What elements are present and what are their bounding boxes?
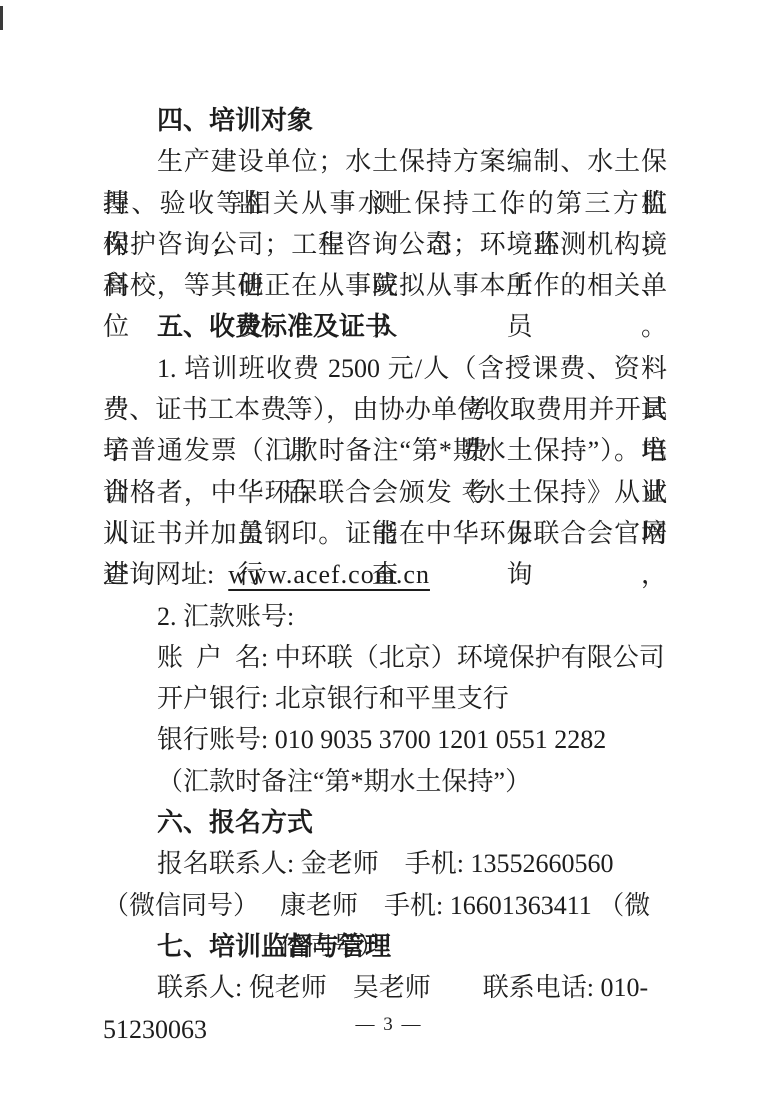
paragraph-line: 高校，等其他正在从事或拟从事本工作的相关单位及人员。 (103, 265, 667, 306)
paragraph-line: 理、验收等相关从事水土保持工作的第三方机构；生态环境 (103, 183, 667, 224)
section-heading-training-target: 四、培训对象 (103, 100, 667, 141)
fee-paragraph-line: 子普通发票（汇款时备注“第*期水土保持”）。培训后考试 (103, 430, 667, 471)
query-url-label: 查询网址: (103, 560, 214, 589)
remittance-account-heading: 2. 汇款账号: (103, 596, 667, 637)
paragraph-line: 生产建设单位；水土保持方案编制、水土保持监测、监 (103, 141, 667, 182)
acef-website-link[interactable]: www.acef.com.cn (228, 560, 430, 589)
bank-name-line: 开户银行: 北京银行和平里支行 (103, 678, 667, 719)
fee-paragraph-line: 训证书并加盖钢印。证书在中华环保联合会官网进行查询， (103, 513, 667, 554)
fee-paragraph-line: 合格者，中华环保联合会颁发《水土保持》从业人员能力培 (103, 472, 667, 513)
remittance-remark-line: （汇款时备注“第*期水土保持”） (103, 761, 667, 802)
paragraph-line: 保护咨询公司；工程咨询公司；环境监测机构；科研院所、 (103, 224, 667, 265)
fee-paragraph-line: 费、证书工本费等），由协办单位收取费用并开具培训费电 (103, 389, 667, 430)
section-heading-registration: 六、报名方式 (103, 802, 667, 843)
document-page: 四、培训对象 生产建设单位；水土保持方案编制、水土保持监测、监 理、验收等相关从… (0, 0, 778, 1100)
document-body: 四、培训对象 生产建设单位；水土保持方案编制、水土保持监测、监 理、验收等相关从… (103, 100, 667, 1009)
scan-edge-artifact (0, 6, 3, 30)
bank-account-number-line: 银行账号: 010 9035 3700 1201 0551 2282 (103, 719, 667, 760)
page-number: — 3 — (0, 1014, 778, 1036)
supervision-contact-line: 联系人: 倪老师 吴老师 联系电话: 010-51230063 (103, 967, 667, 1008)
account-name-line: 账 户 名: 中环联（北京）环境保护有限公司 (103, 637, 667, 678)
fee-paragraph-line: 1. 培训班收费 2500 元/人（含授课费、资料费、考试 (103, 348, 667, 389)
section-heading-supervision: 七、培训监督与管理 (103, 926, 667, 967)
registration-contact-line-1: 报名联系人: 金老师 手机: 13552660560 （微信同号） (103, 843, 667, 884)
